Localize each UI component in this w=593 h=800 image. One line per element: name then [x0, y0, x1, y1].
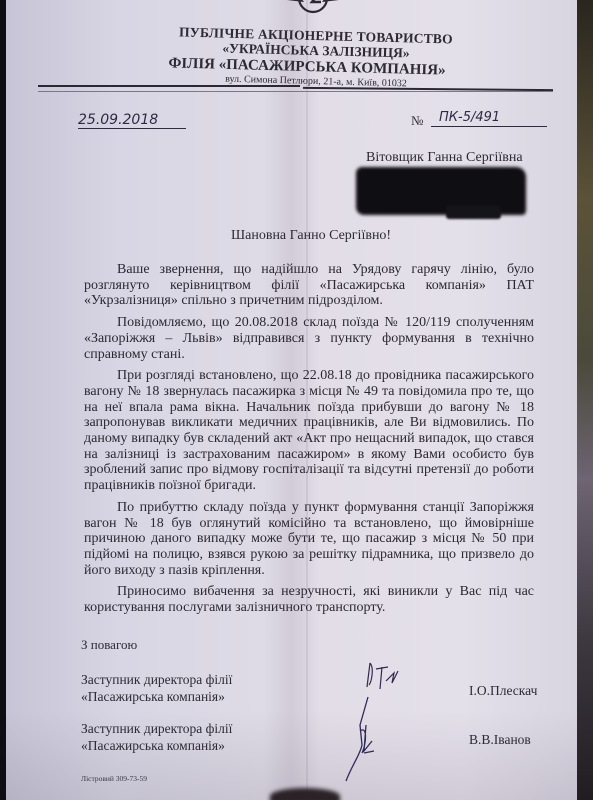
background-right	[575, 0, 593, 800]
letterhead-rule	[38, 85, 300, 87]
signatory-title-line2: «Пасажирська компанія»	[81, 737, 232, 754]
background-object	[270, 788, 340, 800]
recipient-name: Вітовщик Ганна Сергіївна	[366, 150, 523, 166]
ukrzaliznytsia-logo-icon	[268, 0, 358, 14]
redacted-address	[446, 205, 501, 219]
body-paragraph: Приносимо вибачення за незручності, які …	[84, 584, 534, 615]
body-paragraph: Повідомляємо, що 20.08.2018 склад поїзда…	[84, 315, 534, 362]
body-paragraph: При розгляді встановлено, що 22.08.18 до…	[84, 368, 534, 494]
signatory-title-line2: «Пасажирська компанія»	[81, 688, 232, 705]
signatory-name: В.В.Іванов	[469, 732, 531, 748]
letter-page: ПУБЛІЧНЕ АКЦІОНЕРНЕ ТОВАРИСТВО «УКРАЇНСЬ…	[6, 0, 577, 800]
salutation: Шановна Ганно Сергіївно!	[231, 228, 391, 244]
body-paragraph: Ваше звернення, що надійшло на Урядову г…	[84, 262, 534, 309]
body-paragraph: По прибуттю складу поїзда у пункт формув…	[84, 500, 534, 579]
handwritten-signature-icon	[364, 659, 404, 694]
signatory-title: Заступник директора філії «Пасажирська к…	[81, 671, 232, 705]
handwritten-signature-icon	[338, 695, 378, 785]
signatory-title: Заступник директора філії «Пасажирська к…	[81, 720, 232, 754]
signatory-title-line1: Заступник директора філії	[81, 671, 232, 688]
signatory-title-line1: Заступник директора філії	[81, 720, 232, 737]
closing-phrase: З повагою	[81, 637, 137, 653]
letterhead: ПУБЛІЧНЕ АКЦІОНЕРНЕ ТОВАРИСТВО «УКРАЇНСЬ…	[156, 28, 476, 88]
executor-note: Лістровий 309-73-59	[81, 774, 147, 783]
signatory-name: І.О.Плескач	[469, 683, 537, 699]
letter-body: Ваше звернення, що надійшло на Урядову г…	[84, 262, 534, 622]
letter-number: ПК-5/491	[431, 110, 547, 127]
letter-date: 25.09.2018	[78, 112, 186, 129]
number-label: №	[411, 113, 423, 129]
letterhead-rule-thin	[38, 91, 553, 92]
